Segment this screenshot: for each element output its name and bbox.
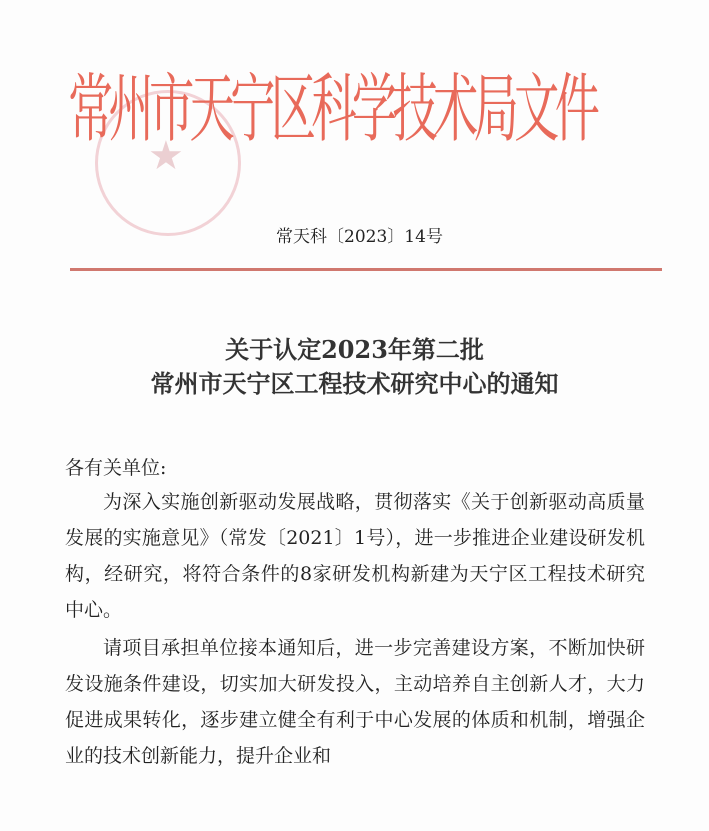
- paragraph-1: 为深入实施创新驱动发展战略，贯彻落实《关于创新驱动高质量发展的实施意见》（常发〔…: [65, 484, 645, 628]
- masthead-title: 常州市天宁区科学技术局文件: [68, 72, 536, 200]
- salutation: 各有关单位:: [65, 450, 645, 486]
- paragraph-2: 请项目承担单位接本通知后，进一步完善建设方案，不断加快研发设施条件建设，切实加大…: [65, 630, 645, 774]
- document-number: 常天科〔2023〕14号: [0, 222, 709, 247]
- document-page: ★ 常州市天宁区科学技术局文件 常天科〔2023〕14号 关于认定2023年第二…: [0, 0, 709, 831]
- red-divider-rule: [70, 268, 662, 271]
- notice-title-line2: 常州市天宁区工程技术研究中心的通知: [0, 364, 709, 399]
- notice-title-line1: 关于认定2023年第二批: [0, 330, 709, 365]
